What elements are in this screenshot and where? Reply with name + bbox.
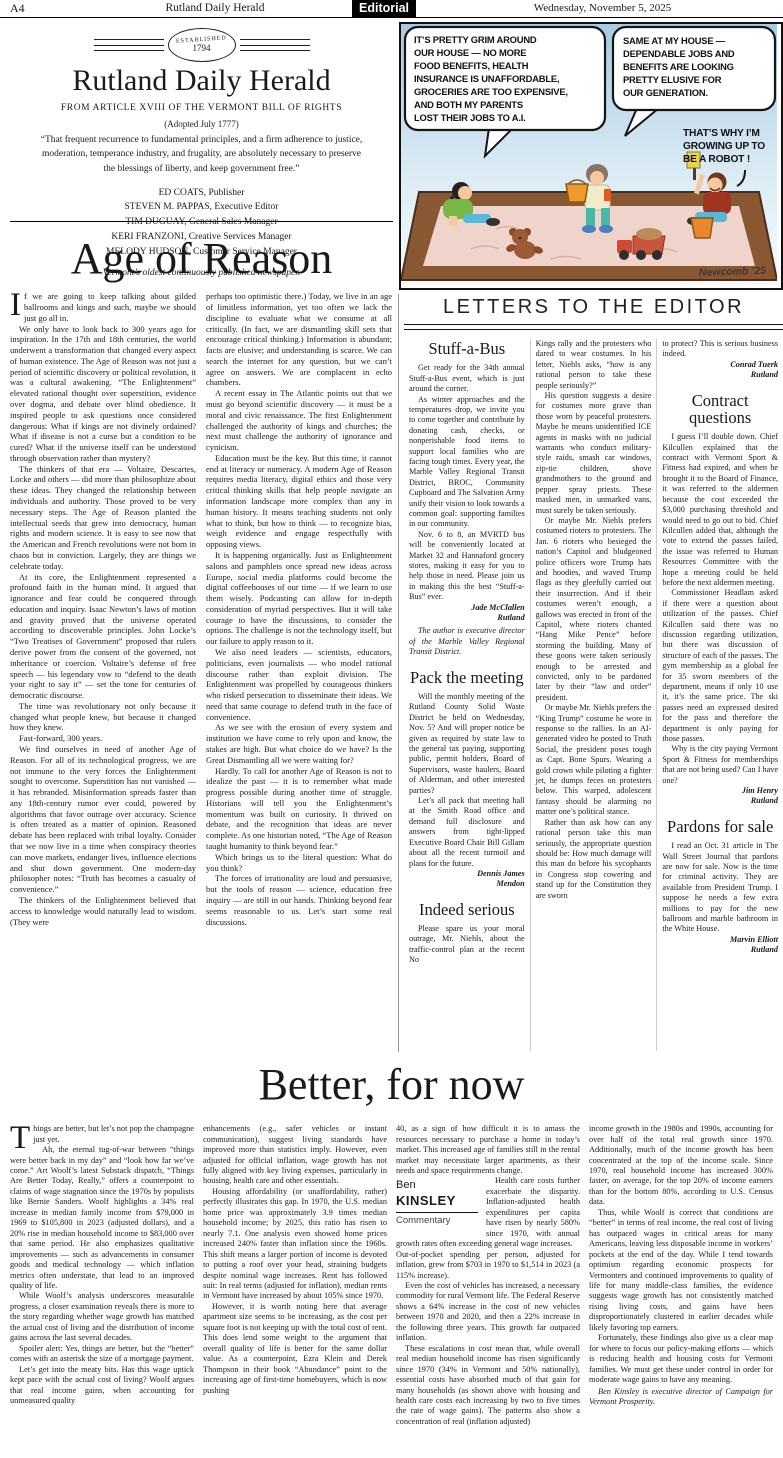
- p-text-block: Rather than ask how can any rational per…: [536, 818, 652, 901]
- sig-text-block: Jade McClallen: [409, 603, 525, 613]
- p-text-block: However, it is worth noting here that av…: [203, 1302, 387, 1396]
- p-text-block: The forces of irrationality are loud and…: [206, 873, 392, 927]
- letters-double-rule: [404, 324, 783, 330]
- p-text-block: Education must be the key. But this time…: [206, 453, 392, 550]
- place-text-block: Rutland: [662, 370, 778, 380]
- p-text-block: The time was revolutionary not only beca…: [10, 701, 196, 733]
- established-ornament: ESTABLISHED 1794: [10, 28, 393, 62]
- editorial-column-2: perhaps too optimistic there.) Today, we…: [206, 291, 392, 1059]
- masthead-subtitle: FROM ARTICLE XVIII OF THE VERMONT BILL O…: [10, 103, 393, 113]
- p-text-block: Or maybe Mr. Niehls prefers the “King Tr…: [536, 703, 652, 817]
- p-text-block: Let’s get into the meaty bits. Has this …: [10, 1365, 194, 1407]
- lh-text-block: Indeed serious: [409, 901, 525, 918]
- note-text-block: Ben Kinsley is executive director of Cam…: [589, 1387, 773, 1408]
- place-text-block: Rutland: [409, 613, 525, 623]
- commentary-article: Better, for now Things are better, but l…: [10, 1062, 773, 1436]
- p-text-block: At its core, the Enlightenment represent…: [10, 572, 196, 701]
- established-badge: ESTABLISHED 1794: [168, 28, 236, 62]
- letters-column-2: Kings rally and the protesters who dared…: [530, 339, 657, 1051]
- p-text-block: Which brings us to the literal question:…: [206, 852, 392, 874]
- p-text-block: The thinkers of the Enlightenment believ…: [10, 895, 196, 927]
- editorial-columns: If we are going to keep talking about gi…: [10, 291, 393, 1059]
- p-text-block: Even the cost of vehicles has increased,…: [396, 1281, 580, 1344]
- letters-column-3: to protect? This is serious business ind…: [656, 339, 783, 1051]
- p-text-block: While Woolf’s analysis underscores measu…: [10, 1291, 194, 1343]
- editorial-cartoon: IT’S PRETTY GRIM AROUND OUR HOUSE — NO M…: [399, 22, 783, 290]
- place-text-block: Mendon: [409, 879, 525, 889]
- p-text-block: Spoiler alert: Yes, things are better, b…: [10, 1344, 194, 1365]
- pc-text-block: Out-of-pocket spending per person, adjus…: [396, 1250, 580, 1281]
- lh-text-block: Contract questions: [662, 392, 778, 427]
- pc-text-block: perhaps too optimistic there.) Today, we…: [206, 291, 392, 388]
- p-text-block: As winter approaches and the temperature…: [409, 395, 525, 530]
- p-text-block: Commissioner Headlam asked if there were…: [662, 588, 778, 744]
- newspaper-editorial-page: A4 Rutland Daily Herald Editorial Wednes…: [0, 0, 783, 1458]
- p-text-block: Hardly. To call for another Age of Reaso…: [206, 766, 392, 852]
- commentary-column-1: Things are better, but let’s not pop the…: [10, 1124, 194, 1436]
- drop-text-block: Things are better, but let’s not pop the…: [10, 1124, 194, 1145]
- pc-text-block: income growth in the 1980s and 1990s, ac…: [589, 1124, 773, 1208]
- p-text-block: Will the monthly meeting of the Rutland …: [409, 692, 525, 796]
- p-text-block: Or maybe Mr. Niehls prefers costumed rio…: [536, 516, 652, 703]
- p-text-block: Fortunately, these findings also give us…: [589, 1333, 773, 1385]
- pc-text-block: enhancements (e.g., safer vehicles or in…: [203, 1124, 387, 1187]
- p-text-block: We also need leaders — scientists, educa…: [206, 647, 392, 722]
- place-text-block: Rutland: [662, 945, 778, 955]
- p-text-block: The thinkers of that era — Voltaire, Des…: [10, 464, 196, 572]
- pc-text-block: 40, as a sign of how difficult it is to …: [396, 1124, 580, 1176]
- cartoonist-signature: Newcomb ’25: [699, 265, 767, 279]
- letters-column-1: Stuff-a-BusGet ready for the 34th annual…: [404, 339, 530, 1051]
- commentary-column-2: enhancements (e.g., safer vehicles or in…: [203, 1124, 387, 1436]
- sig-text-block: Marvin Elliott: [662, 935, 778, 945]
- p-text-block: His question suggests a desire for costu…: [536, 391, 652, 516]
- sig-text-block: Jim Henry: [662, 786, 778, 796]
- p-text-block: Nov. 6 to 8, an MVRTD bus will be conven…: [409, 530, 525, 603]
- cartoon-drawing: IT’S PRETTY GRIM AROUND OUR HOUSE — NO M…: [401, 24, 777, 284]
- lh-text-block: Stuff-a-Bus: [409, 340, 525, 357]
- p-text-block: Thus, while Woolf is correct that condit…: [589, 1208, 773, 1333]
- masthead: ESTABLISHED 1794 Rutland Daily Herald FR…: [10, 24, 393, 222]
- p-text-block: I read an Oct. 31 article in The Wall St…: [662, 841, 778, 935]
- columnist-last-name: KINSLEY: [396, 1193, 478, 1212]
- p-text-block: Let’s all pack that meeting hall at the …: [409, 796, 525, 869]
- pc-text-block: to protect? This is serious business ind…: [662, 339, 778, 360]
- p-text-block: As we see with the erosion of every syst…: [206, 722, 392, 765]
- p-text-block: We find ourselves in need of another Age…: [10, 744, 196, 895]
- page-header-bar: A4 Rutland Daily Herald Editorial Wednes…: [0, 0, 783, 18]
- lh-text-block: Pack the meeting: [409, 669, 525, 686]
- staff-text-block: STEVEN M. PAPPAS, Executive Editor: [10, 200, 393, 215]
- masthead-quote: “That frequent recurrence to fundamental…: [37, 133, 367, 176]
- sig-text-block: Dennis James: [409, 869, 525, 879]
- p-text-block: We only have to look back to 300 years a…: [10, 324, 196, 464]
- p-text-block: It is happening organically. Just as Enl…: [206, 550, 392, 647]
- sig-text-block: Conrad Tuerk: [662, 360, 778, 370]
- commentary-headline: Better, for now: [10, 1062, 773, 1108]
- p-text-block: I guess I’ll double down. Chief Kilculle…: [662, 432, 778, 588]
- p-text-block: Why is the city paying Vermont Sport & F…: [662, 744, 778, 786]
- ornament-lines-left: [94, 39, 164, 51]
- p-text-block: These escalations in cost mean that, whi…: [396, 1344, 580, 1428]
- editorial-article: Age of Reason If we are going to keep ta…: [10, 236, 393, 1059]
- p-text-block: Please spare us your moral outrage, Mr. …: [409, 924, 525, 966]
- p-text-block: Fast-forward, 300 years.: [10, 733, 196, 744]
- letters-section: LETTERS TO THE EDITOR Stuff-a-BusGet rea…: [398, 294, 783, 1052]
- p-text-block: Ah, the eternal tug-of-war between “thin…: [10, 1145, 194, 1291]
- p-text-block: A recent essay in The Atlantic points ou…: [206, 388, 392, 453]
- commentary-column-3-top: 40, as a sign of how difficult it is to …: [396, 1124, 580, 1176]
- masthead-title: Rutland Daily Herald: [10, 66, 393, 96]
- section-label: Editorial: [352, 0, 416, 17]
- masthead-adopted: (Adopted July 1777): [10, 119, 393, 129]
- paper-name: Rutland Daily Herald: [120, 2, 310, 14]
- ornament-lines-right: [240, 39, 310, 51]
- commentary-columns: Things are better, but let’s not pop the…: [10, 1124, 773, 1436]
- staff-text-block: ED COATS, Publisher: [10, 186, 393, 201]
- columnist-byline: Ben KINSLEY Commentary: [396, 1179, 478, 1226]
- p-text-block: Housing affordability (or unaffordabilit…: [203, 1187, 387, 1302]
- editorial-column-1: If we are going to keep talking about gi…: [10, 291, 196, 1059]
- note-text-block: The author is executive director of the …: [409, 626, 525, 657]
- commentary-column-3: 40, as a sign of how difficult it is to …: [396, 1124, 580, 1436]
- page-number: A4: [10, 1, 25, 16]
- commentary-column-4: income growth in the 1980s and 1990s, ac…: [589, 1124, 773, 1436]
- established-year: 1794: [193, 43, 211, 53]
- issue-date: Wednesday, November 5, 2025: [505, 2, 700, 14]
- columnist-label: Commentary: [396, 1215, 478, 1227]
- letters-heading: LETTERS TO THE EDITOR: [404, 296, 783, 319]
- editorial-headline: Age of Reason: [10, 236, 393, 282]
- drop-text-block: If we are going to keep talking about gi…: [10, 291, 196, 323]
- letters-columns: Stuff-a-BusGet ready for the 34th annual…: [404, 339, 783, 1051]
- p-text-block: Get ready for the 34th annual Stuff-a-Bu…: [409, 363, 525, 394]
- columnist-first-name: Ben: [396, 1179, 478, 1193]
- staff-text-block: TIM DUGUAY, General Sales Manager: [10, 215, 393, 230]
- place-text-block: Rutland: [662, 796, 778, 806]
- pc-text-block: Kings rally and the protesters who dared…: [536, 339, 652, 391]
- lh-text-block: Pardons for sale: [662, 818, 778, 835]
